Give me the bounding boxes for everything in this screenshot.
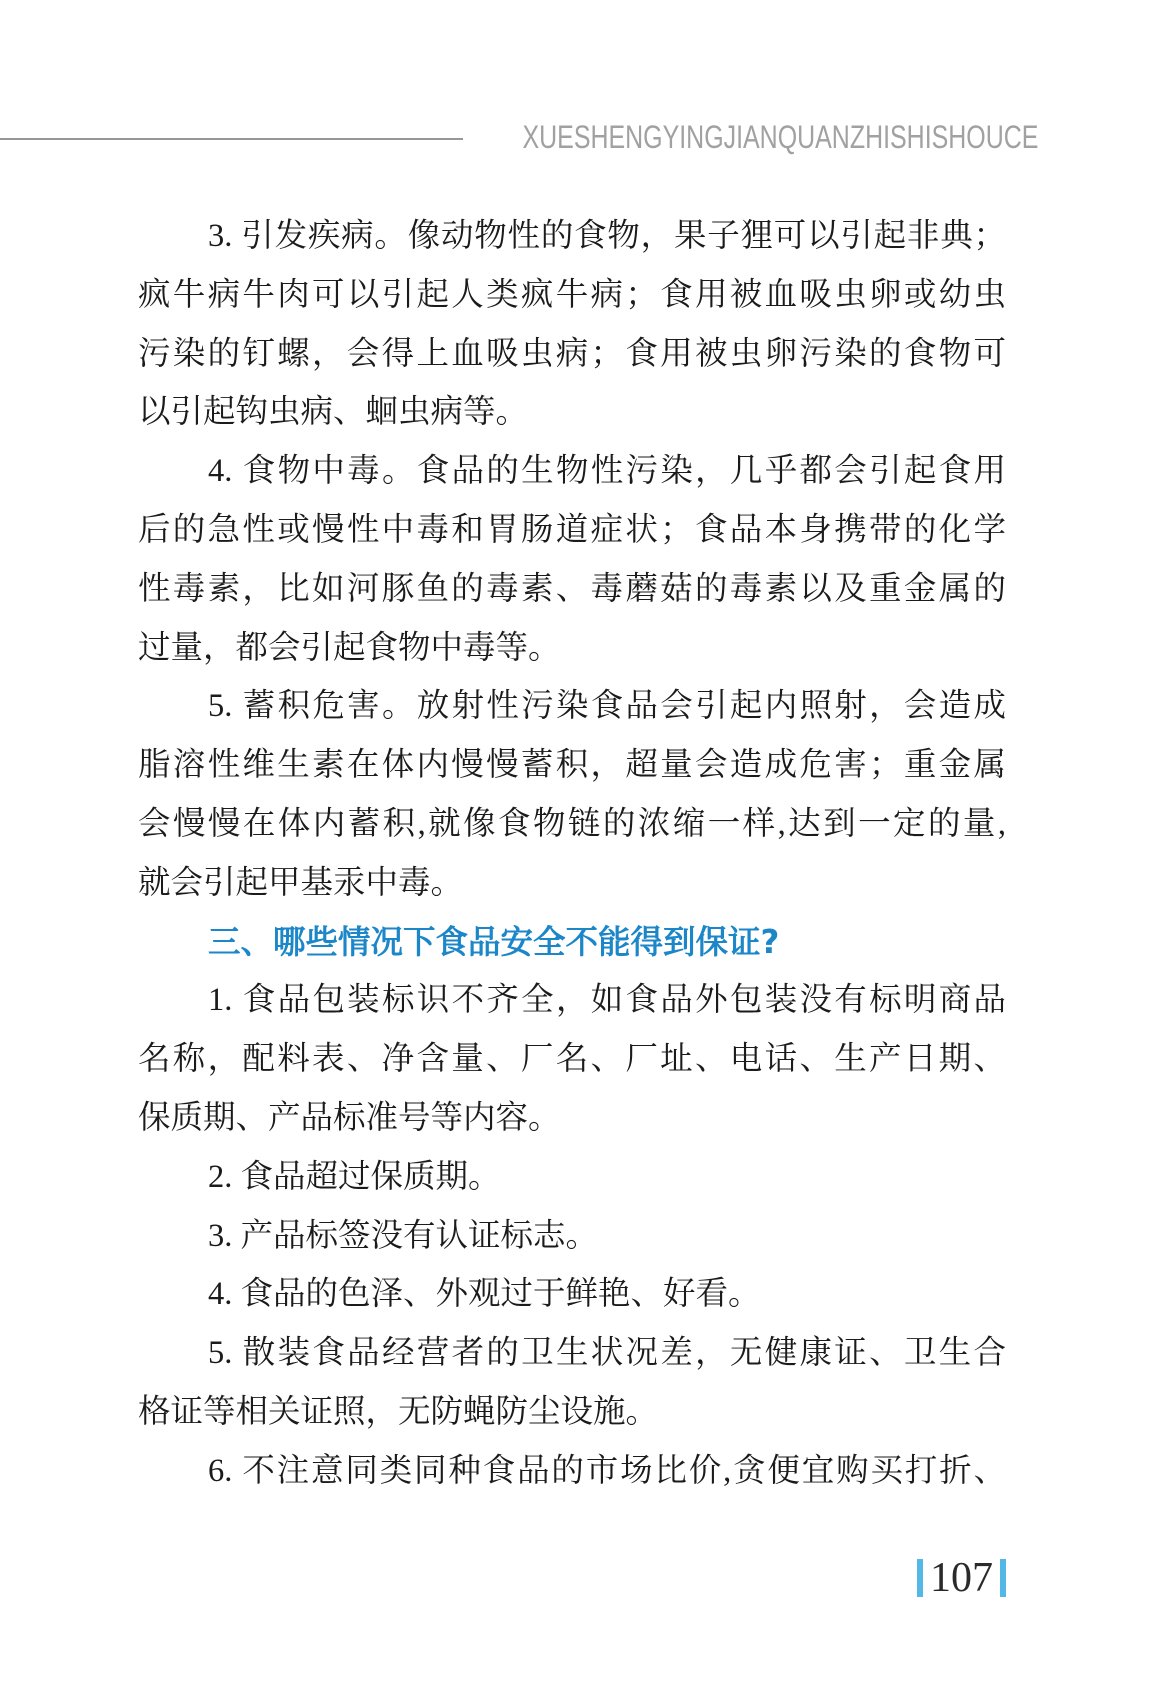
text-line: 4. 食物中毒。食品的生物性污染，几乎都会引起食用 [138, 442, 1006, 501]
text-line: 2. 食品超过保质期。 [138, 1148, 1006, 1207]
paragraph: 2. 食品超过保质期。 [138, 1148, 1006, 1207]
paragraph: 1. 食品包装标识不齐全，如食品外包装没有标明商品名称，配料表、净含量、厂名、厂… [138, 971, 1006, 1147]
text-line: 脂溶性维生素在体内慢慢蓄积，超量会造成危害；重金属 [138, 736, 1006, 795]
text-line: 性毒素，比如河豚鱼的毒素、毒蘑菇的毒素以及重金属的 [138, 560, 1006, 619]
paragraph: 3. 引发疾病。像动物性的食物，果子狸可以引起非典；疯牛病牛肉可以引起人类疯牛病… [138, 207, 1006, 442]
text-line: 5. 散装食品经营者的卫生状况差，无健康证、卫生合 [138, 1324, 1006, 1383]
text-line: 5. 蓄积危害。放射性污染食品会引起内照射，会造成 [138, 677, 1006, 736]
text-line: 疯牛病牛肉可以引起人类疯牛病；食用被血吸虫卵或幼虫 [138, 266, 1006, 325]
text-line: 后的急性或慢性中毒和胃肠道症状；食品本身携带的化学 [138, 501, 1006, 560]
text-line: 格证等相关证照，无防蝇防尘设施。 [138, 1383, 1006, 1442]
paragraph: 3. 产品标签没有认证标志。 [138, 1207, 1006, 1266]
text-line: 名称，配料表、净含量、厂名、厂址、电话、生产日期、 [138, 1030, 1006, 1089]
book-page: XUESHENGYINGJIANQUANZHISHISHOUCE 3. 引发疾病… [0, 0, 1164, 1701]
folio-right-bar [1000, 1559, 1006, 1597]
text-line: 3. 引发疾病。像动物性的食物，果子狸可以引起非典； [138, 207, 1006, 266]
paragraph: 4. 食物中毒。食品的生物性污染，几乎都会引起食用后的急性或慢性中毒和胃肠道症状… [138, 442, 1006, 677]
paragraph: 6. 不注意同类同种食品的市场比价,贪便宜购买打折、 [138, 1442, 1006, 1501]
text-line: 以引起钩虫病、蛔虫病等。 [138, 383, 1006, 442]
text-line: 会慢慢在体内蓄积,就像食物链的浓缩一样,达到一定的量, [138, 795, 1006, 854]
page-number: 107 [923, 1559, 1000, 1597]
text-line: 就会引起甲基汞中毒。 [138, 854, 1006, 913]
content-area: 3. 引发疾病。像动物性的食物，果子狸可以引起非典；疯牛病牛肉可以引起人类疯牛病… [138, 207, 1006, 1501]
paragraph: 5. 蓄积危害。放射性污染食品会引起内照射，会造成脂溶性维生素在体内慢慢蓄积，超… [138, 677, 1006, 912]
header-rule-line [0, 138, 463, 140]
text-line: 3. 产品标签没有认证标志。 [138, 1207, 1006, 1266]
text-line: 6. 不注意同类同种食品的市场比价,贪便宜购买打折、 [138, 1442, 1006, 1501]
text-line: 过量，都会引起食物中毒等。 [138, 619, 1006, 678]
text-line: 污染的钉螺，会得上血吸虫病；食用被虫卵污染的食物可 [138, 325, 1006, 384]
section-heading: 三、哪些情况下食品安全不能得到保证? [138, 913, 1006, 972]
text-line: 1. 食品包装标识不齐全，如食品外包装没有标明商品 [138, 971, 1006, 1030]
text-line: 保质期、产品标准号等内容。 [138, 1089, 1006, 1148]
paragraph: 4. 食品的色泽、外观过于鲜艳、好看。 [138, 1265, 1006, 1324]
page-footer: 107 [917, 1559, 1006, 1597]
running-head: XUESHENGYINGJIANQUANZHISHISHOUCE [522, 120, 1038, 154]
text-line: 4. 食品的色泽、外观过于鲜艳、好看。 [138, 1265, 1006, 1324]
paragraph: 5. 散装食品经营者的卫生状况差，无健康证、卫生合格证等相关证照，无防蝇防尘设施… [138, 1324, 1006, 1442]
